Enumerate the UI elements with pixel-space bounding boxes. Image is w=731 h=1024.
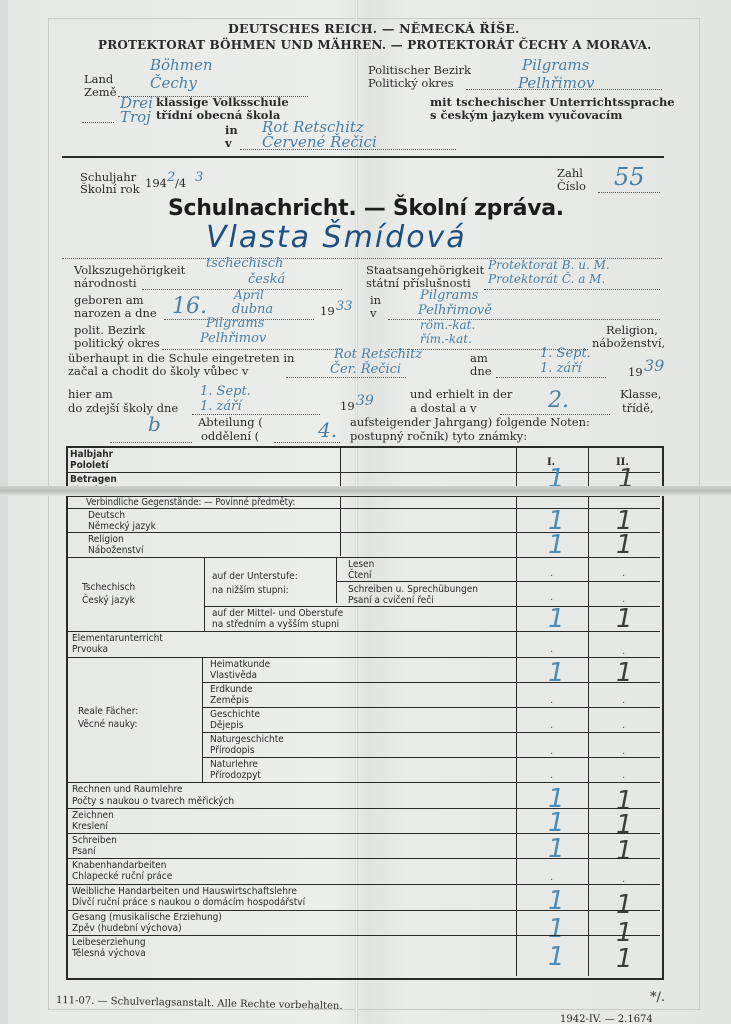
grade-natural-history-2: .: [622, 746, 625, 757]
born-in-de: Pilgrams: [420, 288, 478, 303]
grade-elementary-1: .: [550, 644, 553, 655]
first-year-prefix: 19: [628, 366, 643, 379]
grade-geography-1: .: [550, 695, 553, 706]
czech-lower-de: auf der Unterstufe:: [212, 571, 298, 583]
row-line: [67, 910, 660, 911]
bezirk-value-de: Pilgrams: [522, 56, 589, 74]
year-separator: /4: [175, 177, 186, 190]
grade-religion-2: 1: [616, 532, 633, 558]
citizenship-value-cs: Protektorát Č. a M.: [488, 272, 605, 286]
religion-label-cs: náboženství,: [592, 337, 665, 350]
grade-writing-2: 1: [616, 838, 633, 864]
grade-reading-2: .: [622, 568, 625, 579]
citizenship-value-de: Protektorat B. u. M.: [488, 258, 610, 272]
grade-boys-crafts-1: .: [550, 872, 553, 883]
land-value-cs: Čechy: [150, 74, 197, 92]
here-date-cs: 1. září: [200, 399, 242, 414]
subject-cs: Tělesná výchova: [72, 948, 146, 960]
elementary-cs: Prvouka: [72, 644, 108, 656]
subject-cs: Chlapecké ruční práce: [72, 871, 172, 883]
subject-cs: Dívčí ruční práce s naukou o domácím hos…: [72, 897, 305, 909]
grade-singing-1: 1: [548, 916, 565, 942]
first-date-de: 1. Sept.: [540, 346, 591, 361]
bezirk-label-cs: Politický okres: [368, 77, 454, 90]
halfyear-label-cs: Pololetí: [70, 460, 109, 472]
year-label-cs: Školní rok: [80, 183, 140, 196]
born-in-cs: Pelhřimově: [418, 303, 492, 318]
student-name: Vlasta Šmídová: [206, 220, 467, 255]
grade-girls-crafts-2: 1: [616, 892, 633, 918]
school-type-field-line: [82, 122, 114, 123]
real-divider: [202, 657, 203, 782]
row-line: [67, 808, 660, 809]
row-line: [202, 707, 660, 708]
row-line: [202, 682, 660, 683]
grade-history-1: .: [550, 720, 553, 731]
grade-pe-2: 1: [616, 946, 633, 972]
grade-czech-upper-2: 1: [616, 606, 633, 632]
section-divider: [62, 156, 664, 158]
grade-drawing-2: 1: [616, 812, 633, 838]
school-type-value-cs: Troj: [120, 108, 151, 126]
row-line: [67, 631, 660, 632]
horizontal-fold: [0, 486, 731, 496]
class-value: 2.: [548, 388, 569, 413]
real-subject-cs: Přírodozpyt: [210, 770, 261, 782]
district-value-de: Pilgrams: [206, 316, 264, 331]
religion-value-de: röm.-kat.: [420, 318, 475, 332]
division-label-cs: oddělení (: [201, 430, 259, 443]
grade-pe-1: 1: [548, 944, 565, 970]
label-divider-top: [340, 447, 341, 487]
grade-reading-1: .: [550, 568, 553, 579]
real-subject-cs: Zeměpis: [210, 695, 249, 707]
row-line: [336, 581, 660, 582]
row-line: [67, 858, 660, 859]
land-label-cs: Země: [84, 86, 117, 99]
district-field-line: [162, 349, 342, 350]
number-label-cs: Číslo: [557, 180, 586, 193]
row-line: [67, 657, 660, 658]
here-date-de: 1. Sept.: [200, 384, 251, 399]
header-line-1: DEUTSCHES REICH. — NĚMECKÁ ŘÍŠE.: [228, 21, 520, 36]
subject-cs: Náboženství: [88, 545, 143, 557]
czech-lower-cs: na nižším stupni:: [212, 585, 289, 597]
column-divider-1: [516, 447, 517, 976]
print-code: 1942-IV. — 2.1674: [560, 1014, 653, 1024]
continuation-mark: */.: [650, 990, 665, 1005]
year-value-b: 3: [195, 170, 203, 185]
division-field-line: [110, 442, 192, 443]
first-school-place-cs: Čer. Řečici: [330, 362, 401, 377]
year-prefix: 194: [145, 177, 167, 190]
born-month-cs: dubna: [232, 302, 273, 317]
real-subject-cs: Přírodopis: [210, 745, 255, 757]
czech-label-de: Tschechisch: [82, 582, 135, 594]
subject-de: Rechnen und Raumlehre: [72, 784, 183, 796]
row-line: [67, 782, 660, 783]
real-label-de: Reale Fächer:: [78, 706, 138, 718]
here-year: 39: [356, 393, 374, 409]
grade-year-field-line: [274, 442, 340, 443]
real-subject-cs: Dějepis: [210, 720, 243, 732]
czech-divider: [204, 557, 205, 631]
class-label-cs: třídě,: [622, 402, 654, 415]
nationality-value-de: tschechisch: [206, 256, 283, 271]
first-school-place-de: Rot Retschitz: [334, 347, 422, 362]
grade-writing-1: .: [550, 592, 553, 603]
subject-cs: Psaní: [72, 846, 96, 858]
dne-label: dne: [470, 365, 492, 378]
subject-cs: Zpěv (hudební výchova): [72, 923, 182, 935]
column-divider-2: [588, 447, 589, 976]
row-line: [67, 935, 660, 936]
bezirk-field-line: [466, 89, 662, 90]
citizenship-field-line: [484, 289, 660, 290]
born-label-cs: narozen a dne: [74, 307, 157, 320]
here-year-prefix: 19: [340, 400, 355, 413]
grade-physics-1: .: [550, 770, 553, 781]
row-line: [204, 606, 660, 607]
subject-cs: Počty s naukou o tvarech měřických: [72, 796, 234, 808]
grade-history-2: .: [622, 720, 625, 731]
row-line: [202, 757, 660, 758]
first-year: 39: [644, 356, 664, 375]
language-label-cs: s českým jazykem vyučovacím: [430, 109, 622, 122]
nationality-label-cs: národnosti: [74, 277, 137, 290]
received-label-de: und erhielt in der: [410, 388, 512, 401]
here-label-de: hier am: [68, 388, 113, 401]
born-day: 16.: [172, 294, 207, 319]
grade-religion-1: 1: [548, 532, 565, 558]
real-label-cs: Věcné nauky:: [78, 719, 137, 731]
document-title: Schulnachricht. — Školní zpráva.: [168, 196, 564, 221]
first-school-label-cs: začal a chodit do školy vůbec v: [68, 365, 248, 378]
row-line: [67, 532, 660, 533]
here-label-cs: do zdejší školy dne: [68, 402, 178, 415]
in-field-line: [240, 149, 456, 150]
grade-year-label-de: aufsteigender Jahrgang) folgende Noten:: [350, 416, 590, 429]
district-label-cs: politický okres: [74, 337, 160, 350]
row-line: [67, 833, 660, 834]
label-divider-required: [340, 496, 341, 508]
land-value-de: Böhmen: [150, 56, 212, 74]
row-line: [67, 472, 660, 473]
division-value: b: [148, 412, 161, 436]
subject-cs: Kreslení: [72, 821, 108, 833]
born-in-label-cs: v: [370, 307, 377, 320]
born-year-prefix: 19: [320, 305, 335, 318]
grade-singing-2: 1: [616, 920, 633, 946]
number-field-line: [598, 192, 660, 193]
nationality-value-cs: česká: [248, 272, 285, 287]
grade-elementary-2: .: [622, 646, 625, 657]
czech-sub-divider: [336, 557, 337, 603]
grade-physics-2: .: [622, 770, 625, 781]
division-label-de: Abteilung (: [198, 416, 263, 429]
first-date-field-line: [496, 377, 606, 378]
class-label-de: Klasse,: [620, 388, 661, 401]
religion-value-cs: řím.-kat.: [420, 332, 472, 346]
first-date-cs: 1. září: [540, 361, 582, 376]
in-label-cs: v: [225, 137, 232, 150]
received-label-cs: a dostal a v: [410, 402, 477, 415]
grade-year-label-cs: postupný ročník) tyto známky:: [350, 430, 527, 443]
first-school-field-line: [286, 377, 406, 378]
born-month-de: April: [234, 288, 264, 302]
row-line: [67, 508, 660, 509]
row-line: [202, 732, 660, 733]
grade-czech-upper-1: 1: [548, 606, 565, 632]
district-value-cs: Pelhřimov: [200, 331, 266, 346]
grade-natural-history-1: .: [550, 746, 553, 757]
row-line: [67, 884, 660, 885]
header-line-2: PROTEKTORAT BÖHMEN UND MÄHREN. — PROTEKT…: [98, 38, 652, 52]
number-value: 55: [614, 163, 645, 191]
row-line: [67, 557, 660, 558]
grade-year-value: 4.: [318, 418, 337, 442]
czech-upper-cs: na středním a vyšším stupni: [212, 619, 339, 631]
grade-geography-2: .: [622, 695, 625, 706]
real-subject-cs: Vlastivěda: [210, 670, 257, 682]
born-year: 33: [336, 299, 353, 314]
czech-label-cs: Český jazyk: [82, 595, 135, 607]
